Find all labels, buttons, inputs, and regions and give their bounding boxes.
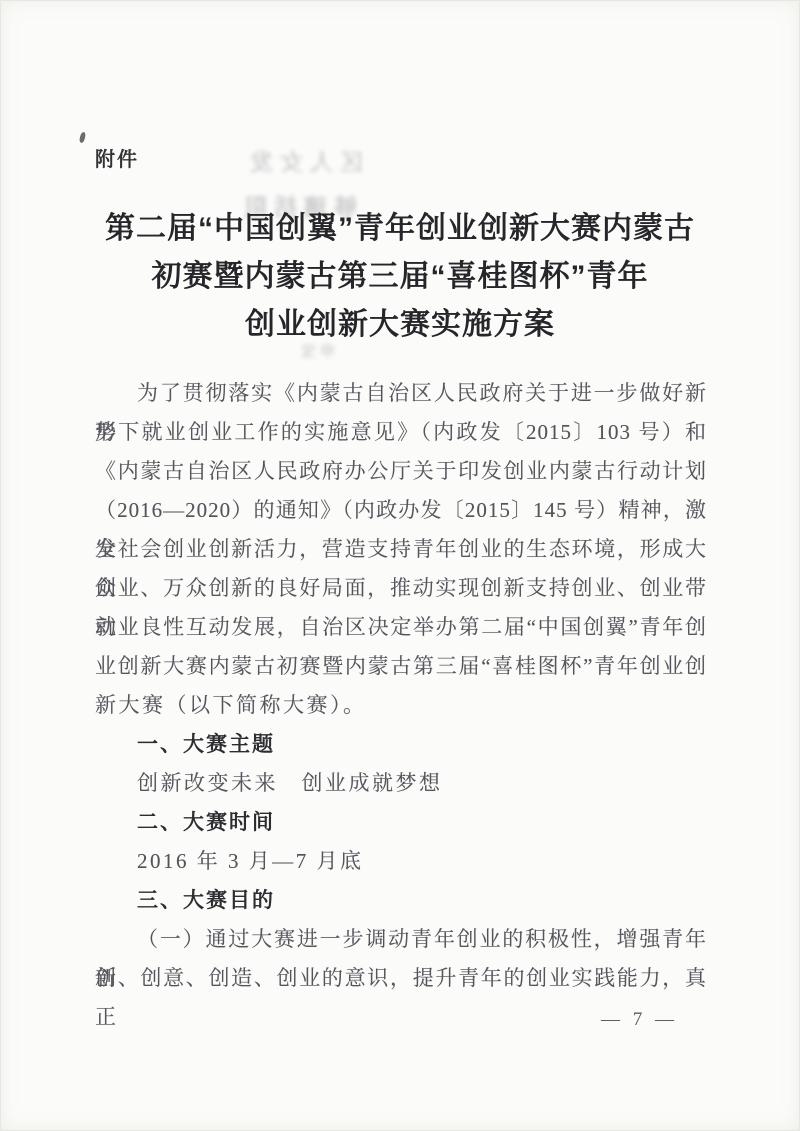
scan-speck-artifact	[79, 132, 87, 144]
body-line: 创业、万众创新的良好局面，推动实现创新支持创业、创业带动	[95, 569, 707, 608]
section-heading-purpose: 三、大赛目的	[95, 881, 707, 920]
title-line-2: 初赛暨内蒙古第三届“喜桂图杯”青年	[0, 253, 800, 301]
scanned-document-page: 区人女发 够璃括阻 申宝 附件 第二届“中国创翼”青年创业创新大赛内蒙古 初赛暨…	[0, 0, 800, 1131]
body-line: （2016—2020）的通知》（内政办发〔2015〕145 号）精神，激发	[95, 491, 707, 530]
bleedthrough-artifact: 区人女发	[243, 144, 363, 177]
body-line: （一）通过大赛进一步调动青年创业的积极性，增强青年创	[95, 920, 707, 959]
attachment-label: 附件	[95, 143, 139, 172]
body-line: 业创新大赛内蒙古初赛暨内蒙古第三届“喜桂图杯”青年创业创	[95, 647, 707, 686]
body-line: 为了贯彻落实《内蒙古自治区人民政府关于进一步做好新形	[95, 374, 707, 413]
page-number: — 7 —	[601, 1009, 678, 1031]
body-line: 全社会创业创新活力，营造支持青年创业的生态环境，形成大众	[95, 530, 707, 569]
body-line: 《内蒙古自治区人民政府办公厅关于印发创业内蒙古行动计划	[95, 452, 707, 491]
section-heading-time: 二、大赛时间	[95, 803, 707, 842]
body-line: 势下就业创业工作的实施意见》（内政发〔2015〕103 号）和	[95, 413, 707, 452]
body-line: 新、创意、创造、创业的意识，提升青年的创业实践能力，真正	[95, 959, 707, 998]
body-line: 新大赛（以下简称大赛）。	[95, 686, 707, 725]
body-line: 创新改变未来 创业成就梦想	[95, 764, 707, 803]
section-heading-theme: 一、大赛主题	[95, 725, 707, 764]
body-line: 2016 年 3 月—7 月底	[95, 842, 707, 881]
title-line-1: 第二届“中国创翼”青年创业创新大赛内蒙古	[0, 205, 800, 253]
document-body: 为了贯彻落实《内蒙古自治区人民政府关于进一步做好新形 势下就业创业工作的实施意见…	[95, 374, 707, 998]
title-line-3: 创业创新大赛实施方案	[0, 301, 800, 349]
body-line: 就业良性互动发展，自治区决定举办第二届“中国创翼”青年创	[95, 608, 707, 647]
document-title: 第二届“中国创翼”青年创业创新大赛内蒙古 初赛暨内蒙古第三届“喜桂图杯”青年 创…	[0, 205, 800, 349]
